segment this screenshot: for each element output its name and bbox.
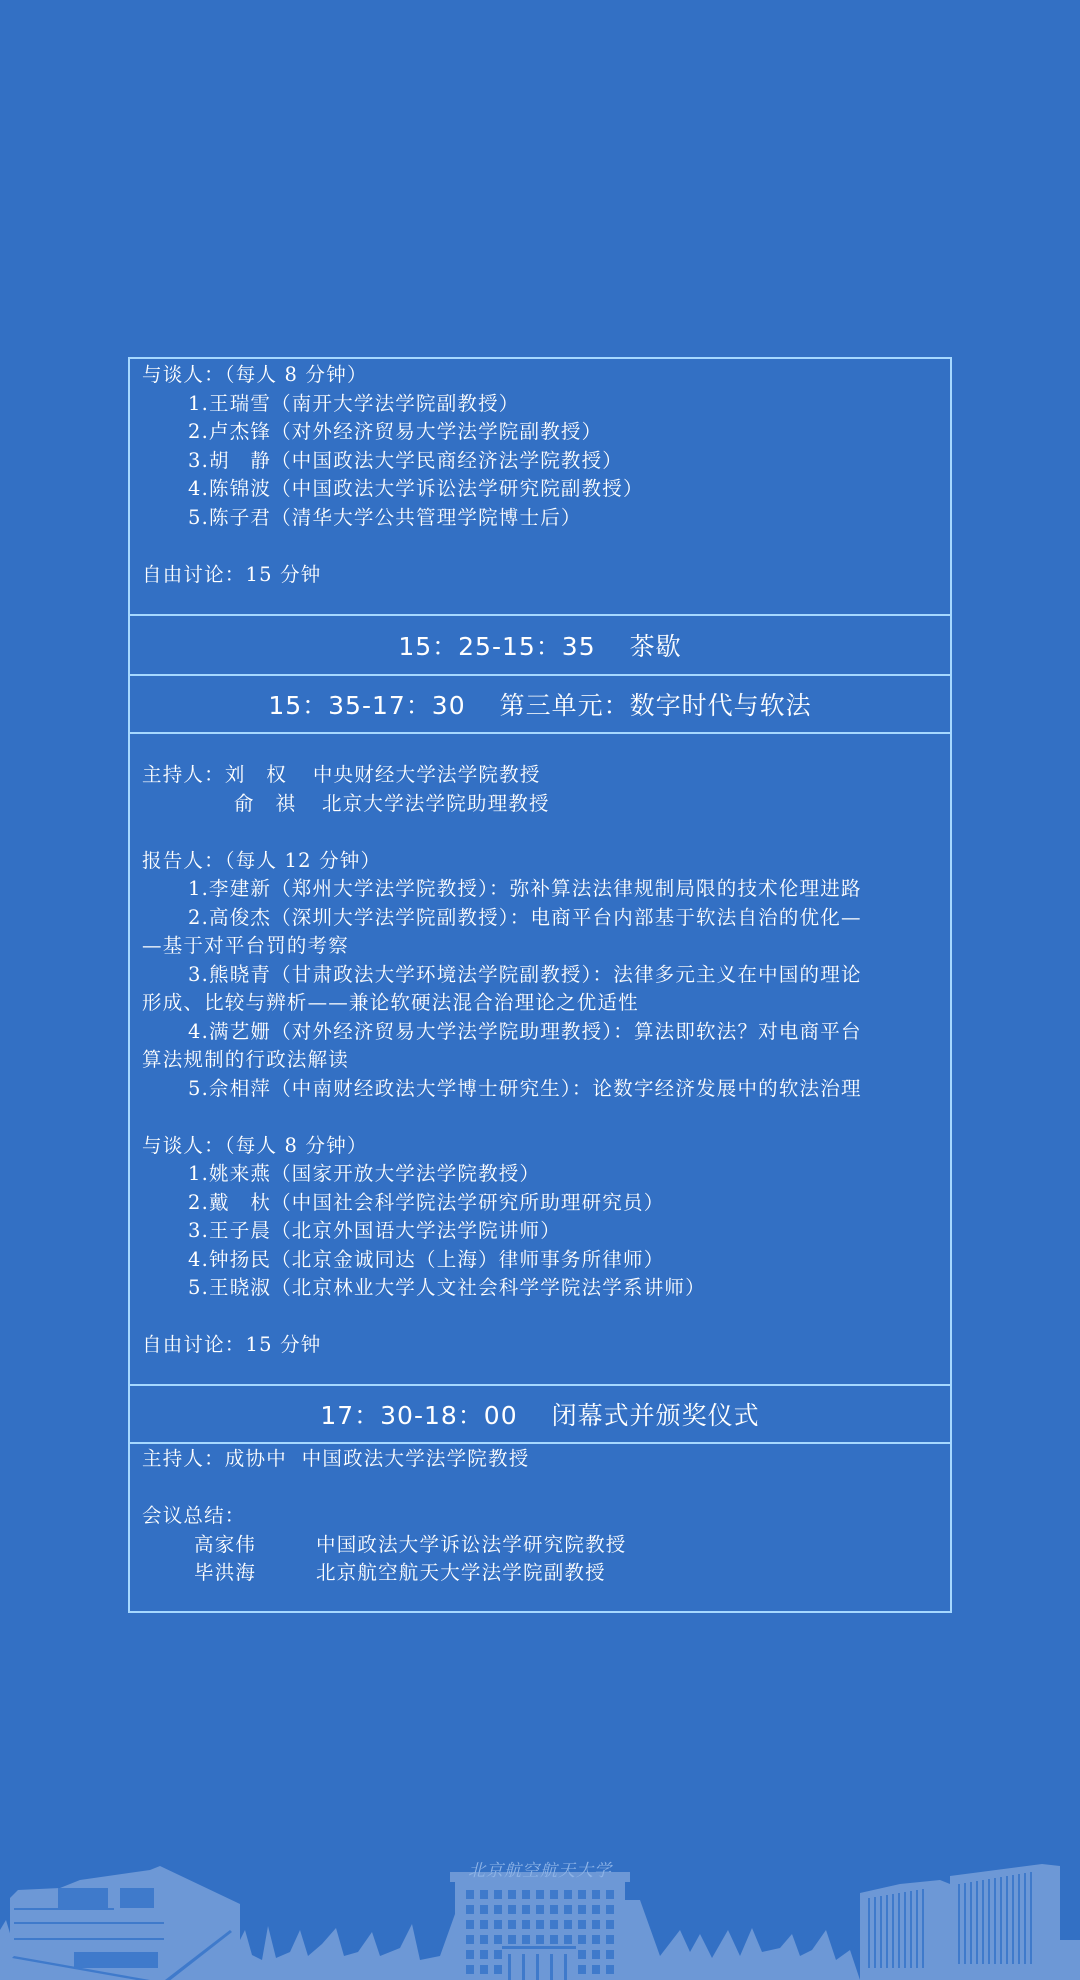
closing-host: 主持人：成协中 中国政法大学法学院教授 xyxy=(142,1445,950,1474)
reporter-item: 3.熊晓青（甘肃政法大学环境法学院副教授）：法律多元主义在中国的理论 xyxy=(142,961,950,990)
host-name: 俞 祺 xyxy=(234,790,322,819)
host-name: 刘 权 xyxy=(225,761,313,790)
reporter-item-continued: 形成、比较与辨析——兼论软硬法混合治理论之优适性 xyxy=(142,989,950,1018)
unit-three-time: 15：35-17：30 xyxy=(268,686,465,722)
schedule-table: 与谈人：（每人 8 分钟） 1.王瑞雪（南开大学法学院副教授） 2.卢杰锋（对外… xyxy=(128,357,952,1613)
discussant-item: 1.王瑞雪（南开大学法学院副教授） xyxy=(142,390,950,419)
row-divider xyxy=(130,732,950,734)
host-affiliation: 中央财经大学法学院教授 xyxy=(313,763,541,786)
campus-skyline-illustration: 北京航空航天大学 xyxy=(0,1780,1080,1980)
discussant-item: 4.陈锦波（中国政法大学诉讼法学研究院副教授） xyxy=(142,475,950,504)
reporter-item: 1.李建新（郑州大学法学院教授）：弥补算法法律规制局限的技术伦理进路 xyxy=(142,875,950,904)
tea-break-title: 茶歇 xyxy=(630,627,682,663)
discussant-item: 5.王晓淑（北京林业大学人文社会科学学院法学系讲师） xyxy=(142,1274,950,1303)
reporter-item: 2.高俊杰（深圳大学法学院副教授）：电商平台内部基于软法自治的优化— xyxy=(142,904,950,933)
reporter-item: 4.满艺姗（对外经济贸易大学法学院助理教授）：算法即软法？对电商平台 xyxy=(142,1018,950,1047)
tea-break-time: 15：25-15：35 xyxy=(398,627,595,663)
free-discussion: 自由讨论：15 分钟 xyxy=(142,561,950,590)
discussants-heading: 与谈人：（每人 8 分钟） xyxy=(142,361,950,390)
discussant-item: 4.钟扬民（北京金诚同达（上海）律师事务所律师） xyxy=(142,1246,950,1275)
reporter-item-continued: 算法规制的行政法解读 xyxy=(142,1046,950,1075)
unit-two-discussion-block: 与谈人：（每人 8 分钟） 1.王瑞雪（南开大学法学院副教授） 2.卢杰锋（对外… xyxy=(130,361,950,589)
tea-break-row: 15：25-15：35 茶歇 xyxy=(130,616,950,674)
reporter-item: 5.佘相萍（中南财经政法大学博士研究生）：论数字经济发展中的软法治理 xyxy=(142,1075,950,1104)
row-divider xyxy=(130,1442,950,1444)
reporter-item-continued: —基于对平台罚的考察 xyxy=(142,932,950,961)
discussant-item: 2.卢杰锋（对外经济贸易大学法学院副教授） xyxy=(142,418,950,447)
summarizer-name: 毕洪海 xyxy=(142,1559,316,1588)
host-line: 俞 祺北京大学法学院助理教授 xyxy=(142,790,950,819)
summarizer-name: 高家伟 xyxy=(142,1531,316,1560)
discussant-item: 3.王子晨（北京外国语大学法学院讲师） xyxy=(142,1217,950,1246)
discussant-item: 1.姚来燕（国家开放大学法学院教授） xyxy=(142,1160,950,1189)
discussant-item: 5.陈子君（清华大学公共管理学院博士后） xyxy=(142,504,950,533)
summarizer-affiliation: 北京航空航天大学法学院副教授 xyxy=(316,1561,606,1584)
reporters-heading: 报告人：（每人 12 分钟） xyxy=(142,847,950,876)
closing-body: 主持人：成协中 中国政法大学法学院教授 会议总结： 高家伟中国政法大学诉讼法学研… xyxy=(130,1445,950,1588)
discussants-heading: 与谈人：（每人 8 分钟） xyxy=(142,1132,950,1161)
closing-title: 闭幕式并颁奖仪式 xyxy=(552,1396,760,1432)
summary-heading: 会议总结： xyxy=(142,1502,950,1531)
summarizer-affiliation: 中国政法大学诉讼法学研究院教授 xyxy=(316,1533,627,1556)
unit-three-header: 15：35-17：30 第三单元：数字时代与软法 xyxy=(130,676,950,732)
free-discussion: 自由讨论：15 分钟 xyxy=(142,1331,950,1360)
unit-three-body: 主持人：刘 权中央财经大学法学院教授 俞 祺北京大学法学院助理教授 报告人：（每… xyxy=(130,761,950,1360)
university-name-calligraphy: 北京航空航天大学 xyxy=(468,1856,612,1881)
summarizer-line: 毕洪海北京航空航天大学法学院副教授 xyxy=(142,1559,950,1588)
host-affiliation: 北京大学法学院助理教授 xyxy=(322,792,550,815)
unit-three-title: 第三单元：数字时代与软法 xyxy=(500,686,812,722)
hosts-label: 主持人： xyxy=(142,763,225,786)
discussant-item: 3.胡 静（中国政法大学民商经济法学院教授） xyxy=(142,447,950,476)
summarizer-line: 高家伟中国政法大学诉讼法学研究院教授 xyxy=(142,1531,950,1560)
host-line: 主持人：刘 权中央财经大学法学院教授 xyxy=(142,761,950,790)
closing-header: 17：30-18：00 闭幕式并颁奖仪式 xyxy=(130,1386,950,1442)
closing-time: 17：30-18：00 xyxy=(320,1396,517,1432)
discussant-item: 2.戴 杕（中国社会科学院法学研究所助理研究员） xyxy=(142,1189,950,1218)
